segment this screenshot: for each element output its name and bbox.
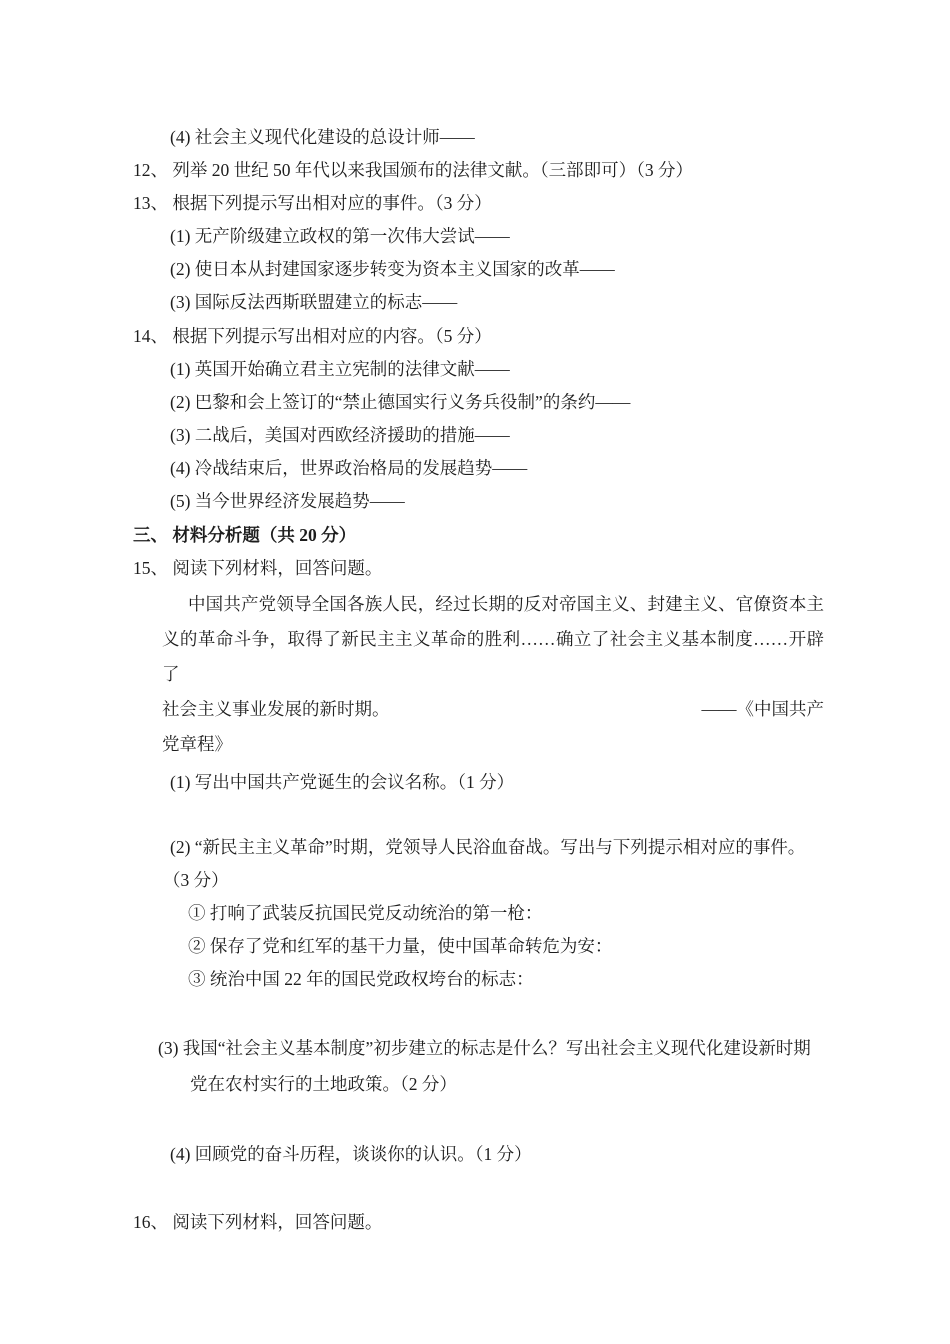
q13-item-2: (2) 使日本从封建国家逐步转变为资本主义国家的改革—— — [170, 253, 950, 286]
q11-item-4: (4) 社会主义现代化建设的总设计师—— — [170, 121, 950, 154]
q14-item-1: (1) 英国开始确立君主立宪制的法律文献—— — [170, 353, 950, 386]
q12-stem: 12、 列举 20 世纪 50 年代以来我国颁布的法律文献。（三部即可）（3 分… — [133, 154, 950, 187]
q13-item-1: (1) 无产阶级建立政权的第一次伟大尝试—— — [170, 220, 950, 253]
material-source-part-2: 党章程》 — [162, 727, 824, 762]
q15-sub-4: (4) 回顾党的奋斗历程，谈谈你的认识。（1 分） — [170, 1138, 950, 1171]
q15-stem: 15、 阅读下列材料，回答问题。 — [133, 552, 950, 585]
q14-item-2: (2) 巴黎和会上签订的“禁止德国实行义务兵役制”的条约—— — [170, 386, 950, 419]
q15-sub-2-item-3: ③ 统治中国 22 年的国民党政权垮台的标志： — [188, 963, 950, 996]
q14-item-3: (3) 二战后，美国对西欧经济援助的措施—— — [170, 419, 950, 452]
material-line-2: 义的革命斗争，取得了新民主主义革命的胜利……确立了社会主义基本制度……开辟了 — [162, 622, 824, 692]
q15-sub-2-item-2: ② 保存了党和红军的基干力量，使中国革命转危为安： — [188, 930, 950, 963]
q14-item-5: (5) 当今世界经济发展趋势—— — [170, 485, 950, 518]
q13-item-3: (3) 国际反法西斯联盟建立的标志—— — [170, 286, 950, 319]
material-line-1: 中国共产党领导全国各族人民，经过长期的反对帝国主义、封建主义、官僚资本主 — [162, 587, 824, 622]
q14-stem: 14、 根据下列提示写出相对应的内容。（5 分） — [133, 320, 950, 353]
q16-stem: 16、 阅读下列材料，回答问题。 — [133, 1206, 950, 1239]
q14-item-4: (4) 冷战结束后，世界政治格局的发展趋势—— — [170, 452, 950, 485]
material-line-3: 社会主义事业发展的新时期。 ——《中国共产 — [162, 692, 824, 727]
exam-page: (4) 社会主义现代化建设的总设计师—— 12、 列举 20 世纪 50 年代以… — [0, 0, 950, 1344]
q15-sub-2-item-1: ① 打响了武装反抗国民党反动统治的第一枪： — [188, 897, 950, 930]
material-line-3-text: 社会主义事业发展的新时期。 — [162, 692, 390, 727]
material-source-part-1: ——《中国共产 — [702, 692, 825, 727]
q13-stem: 13、 根据下列提示写出相对应的事件。（3 分） — [133, 187, 950, 220]
q15-sub-2-line-2: （3 分） — [163, 864, 950, 897]
section-heading: 三、 材料分析题（共 20 分） — [133, 519, 950, 552]
q15-sub-3-line-2: 党在农村实行的土地政策。（2 分） — [190, 1066, 950, 1102]
q15-sub-2-line-1: (2) “新民主主义革命”时期，党领导人民浴血奋战。写出与下列提示相对应的事件。 — [170, 831, 950, 864]
q15-sub-1: (1) 写出中国共产党诞生的会议名称。（1 分） — [170, 766, 950, 799]
q15-sub-3-line-1: (3) 我国“社会主义基本制度”初步建立的标志是什么？写出社会主义现代化建设新时… — [158, 1030, 950, 1066]
q15-material-quote: 中国共产党领导全国各族人民，经过长期的反对帝国主义、封建主义、官僚资本主 义的革… — [162, 587, 824, 762]
